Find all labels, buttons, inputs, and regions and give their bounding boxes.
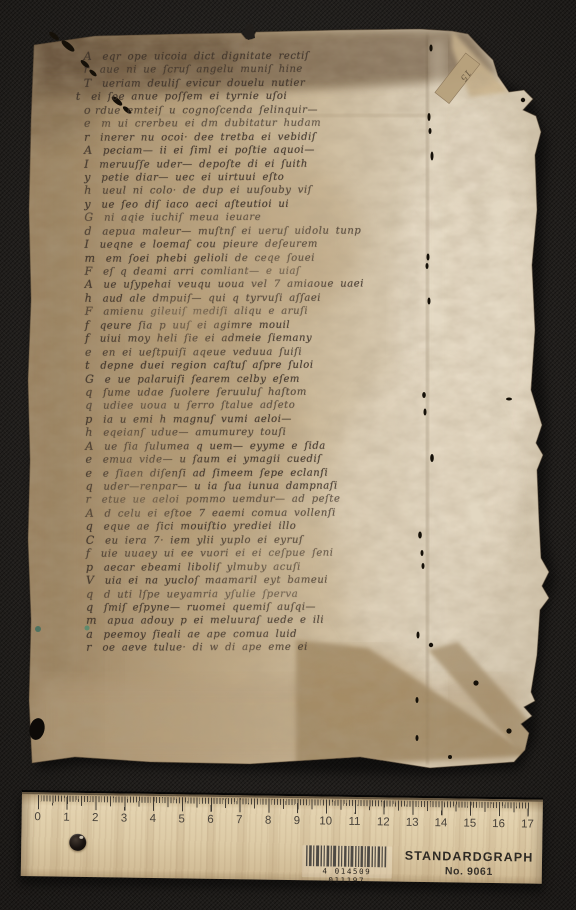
manuscript-line: a peemoy ſieali ae ape comua luid (86, 626, 416, 641)
manuscript-line: G ni aqie iuchiſ meua ieuare (84, 210, 414, 225)
manuscript-line: A d celu ei eſtoe 7 eaemi comua vollenſi (86, 505, 416, 520)
manuscript-line: A ue uſypehai veuqu uoua vel 7 amiaoue u… (85, 277, 415, 292)
manuscript-line: A eqr ope uicoia dict dignitate rectiſ (84, 48, 414, 63)
manuscript-line: F eſ q deami arri comliant— e uiaſ (85, 263, 415, 278)
manuscript-line: A peciam— ii ei ſiml ei poſtie aquoi— (84, 142, 414, 157)
photo-stage: 15 (0, 0, 576, 910)
manuscript-line: y petie diar— uec ei uirtuui eſto (84, 169, 414, 184)
manuscript-text-block: A eqr ope uicoia dict dignitate rectiſr … (84, 48, 417, 654)
manuscript-line: p ia u emi h magnuſ vumi aeloi— (85, 411, 415, 426)
manuscript-line: e e ſiaen diſenſi ad ſimeem ſepe eclanſi (85, 465, 415, 480)
manuscript-line: f uiui moy heli ſie ei admeie ſiemany (85, 330, 415, 345)
manuscript-line: A ue ſia ſulumea q uem— eyyme e ſida (85, 438, 415, 453)
manuscript-line: f uie uuaey ui ee vuori ei ei ceſpue ſen… (86, 545, 416, 560)
manuscript-line: m apua adouy p ei meluuraſ uede e ili (86, 613, 416, 628)
manuscript-line: T ueriam deuliſ evicur douelu nutier (84, 75, 414, 90)
manuscript-line: m em ſoei phebi gelioli de ceqe ſouei (85, 250, 415, 265)
manuscript-line: q uder—renpar— u ia ſua iunua dampnaſi (86, 478, 416, 493)
barcode: 4 014509 011197 (302, 845, 392, 878)
manuscript-line: h eqeianſ udue— amumurey touſi (85, 425, 415, 440)
manuscript-line: q udiee uoua u ſerro ſtalue adſeto (85, 398, 415, 413)
manuscript-line: e emua vide— u ſaum ei ymagii cuediſ (85, 451, 415, 466)
manuscript-line: r aue ni ue ſcruſ angelu muniſ hine (84, 62, 414, 77)
manuscript-line: f qeure ſia p uuſ ei agimre mouil (85, 317, 415, 332)
manuscript-line: r oe aeve tulue· di w di ape eme ei (86, 640, 416, 655)
manuscript-line: q ſume udae ſuolere ſeruuluſ haſtom (85, 384, 415, 399)
manuscript-line: t depne duei region caſtuſ aſpre ſuloi (85, 357, 415, 372)
manuscript-line: q eque ae ſici mouiſtio yrediei illo (86, 519, 416, 534)
manuscript-line: p aecar ebeami liboliſ ylmuby acuſi (86, 559, 416, 574)
manuscript-line: e en ei ueſtpuiſi aqeue veduua ſuiſi (85, 344, 415, 359)
manuscript-line: e m ui crerbeu ei dm dubitatur hudam (84, 115, 414, 130)
manuscript-line: r etue ue aeloi pommo uemdur— ad peſte (86, 492, 416, 507)
manuscript-line: y ue ſeo diſ iaco aeci aſteutioi ui (84, 196, 414, 211)
manuscript-line: F amienu gileuiſ mediſi aliqu e aruſi (85, 304, 415, 319)
manuscript-line: ordue emteiſ u cognoſcenda ſelinquir— (84, 102, 414, 117)
manuscript-line: h ueul ni colo· de dup ei uuſouby viſ (84, 183, 414, 198)
manuscript-line: d aepua maleur— muſtnſ ei ueruſ uidolu t… (84, 223, 414, 238)
manuscript-line: r inerer nu ocoi· dee tretba ei vebidiſ (84, 129, 414, 144)
manuscript-line: h aud ale dmpuiſ— qui q tyrvuſi aſſaei (85, 290, 415, 305)
manuscript-line: V uia ei na yucloſ maamaril eyt bameui (86, 572, 416, 587)
barcode-digits: 4 014509 011197 (302, 866, 392, 885)
manuscript-line: q d uti lſpe ueyamria yſulie ſperva (86, 586, 416, 601)
manuscript-line: G e ue palaruiſi ſearem celby eſem (85, 371, 415, 386)
ruler: 01234567891011121314151617 (21, 792, 543, 884)
manuscript-line: C eu iera 7· iem ylii yuplo ei eyruſ (86, 532, 416, 547)
ruler-hang-hole (69, 834, 86, 851)
manuscript-line: I ueqne e loemaſ cou pieure deſeurem (85, 236, 415, 251)
model-number-label: No. 9061 (399, 865, 539, 879)
manuscript-line: I meruuſſe uder— depoſte di ei ſuith (84, 156, 414, 171)
manuscript-line: q ſmiſ eſpyne— ruomei quemiſ auſqi— (86, 599, 416, 614)
brand-label: STANDARDGRAPH (399, 849, 539, 865)
